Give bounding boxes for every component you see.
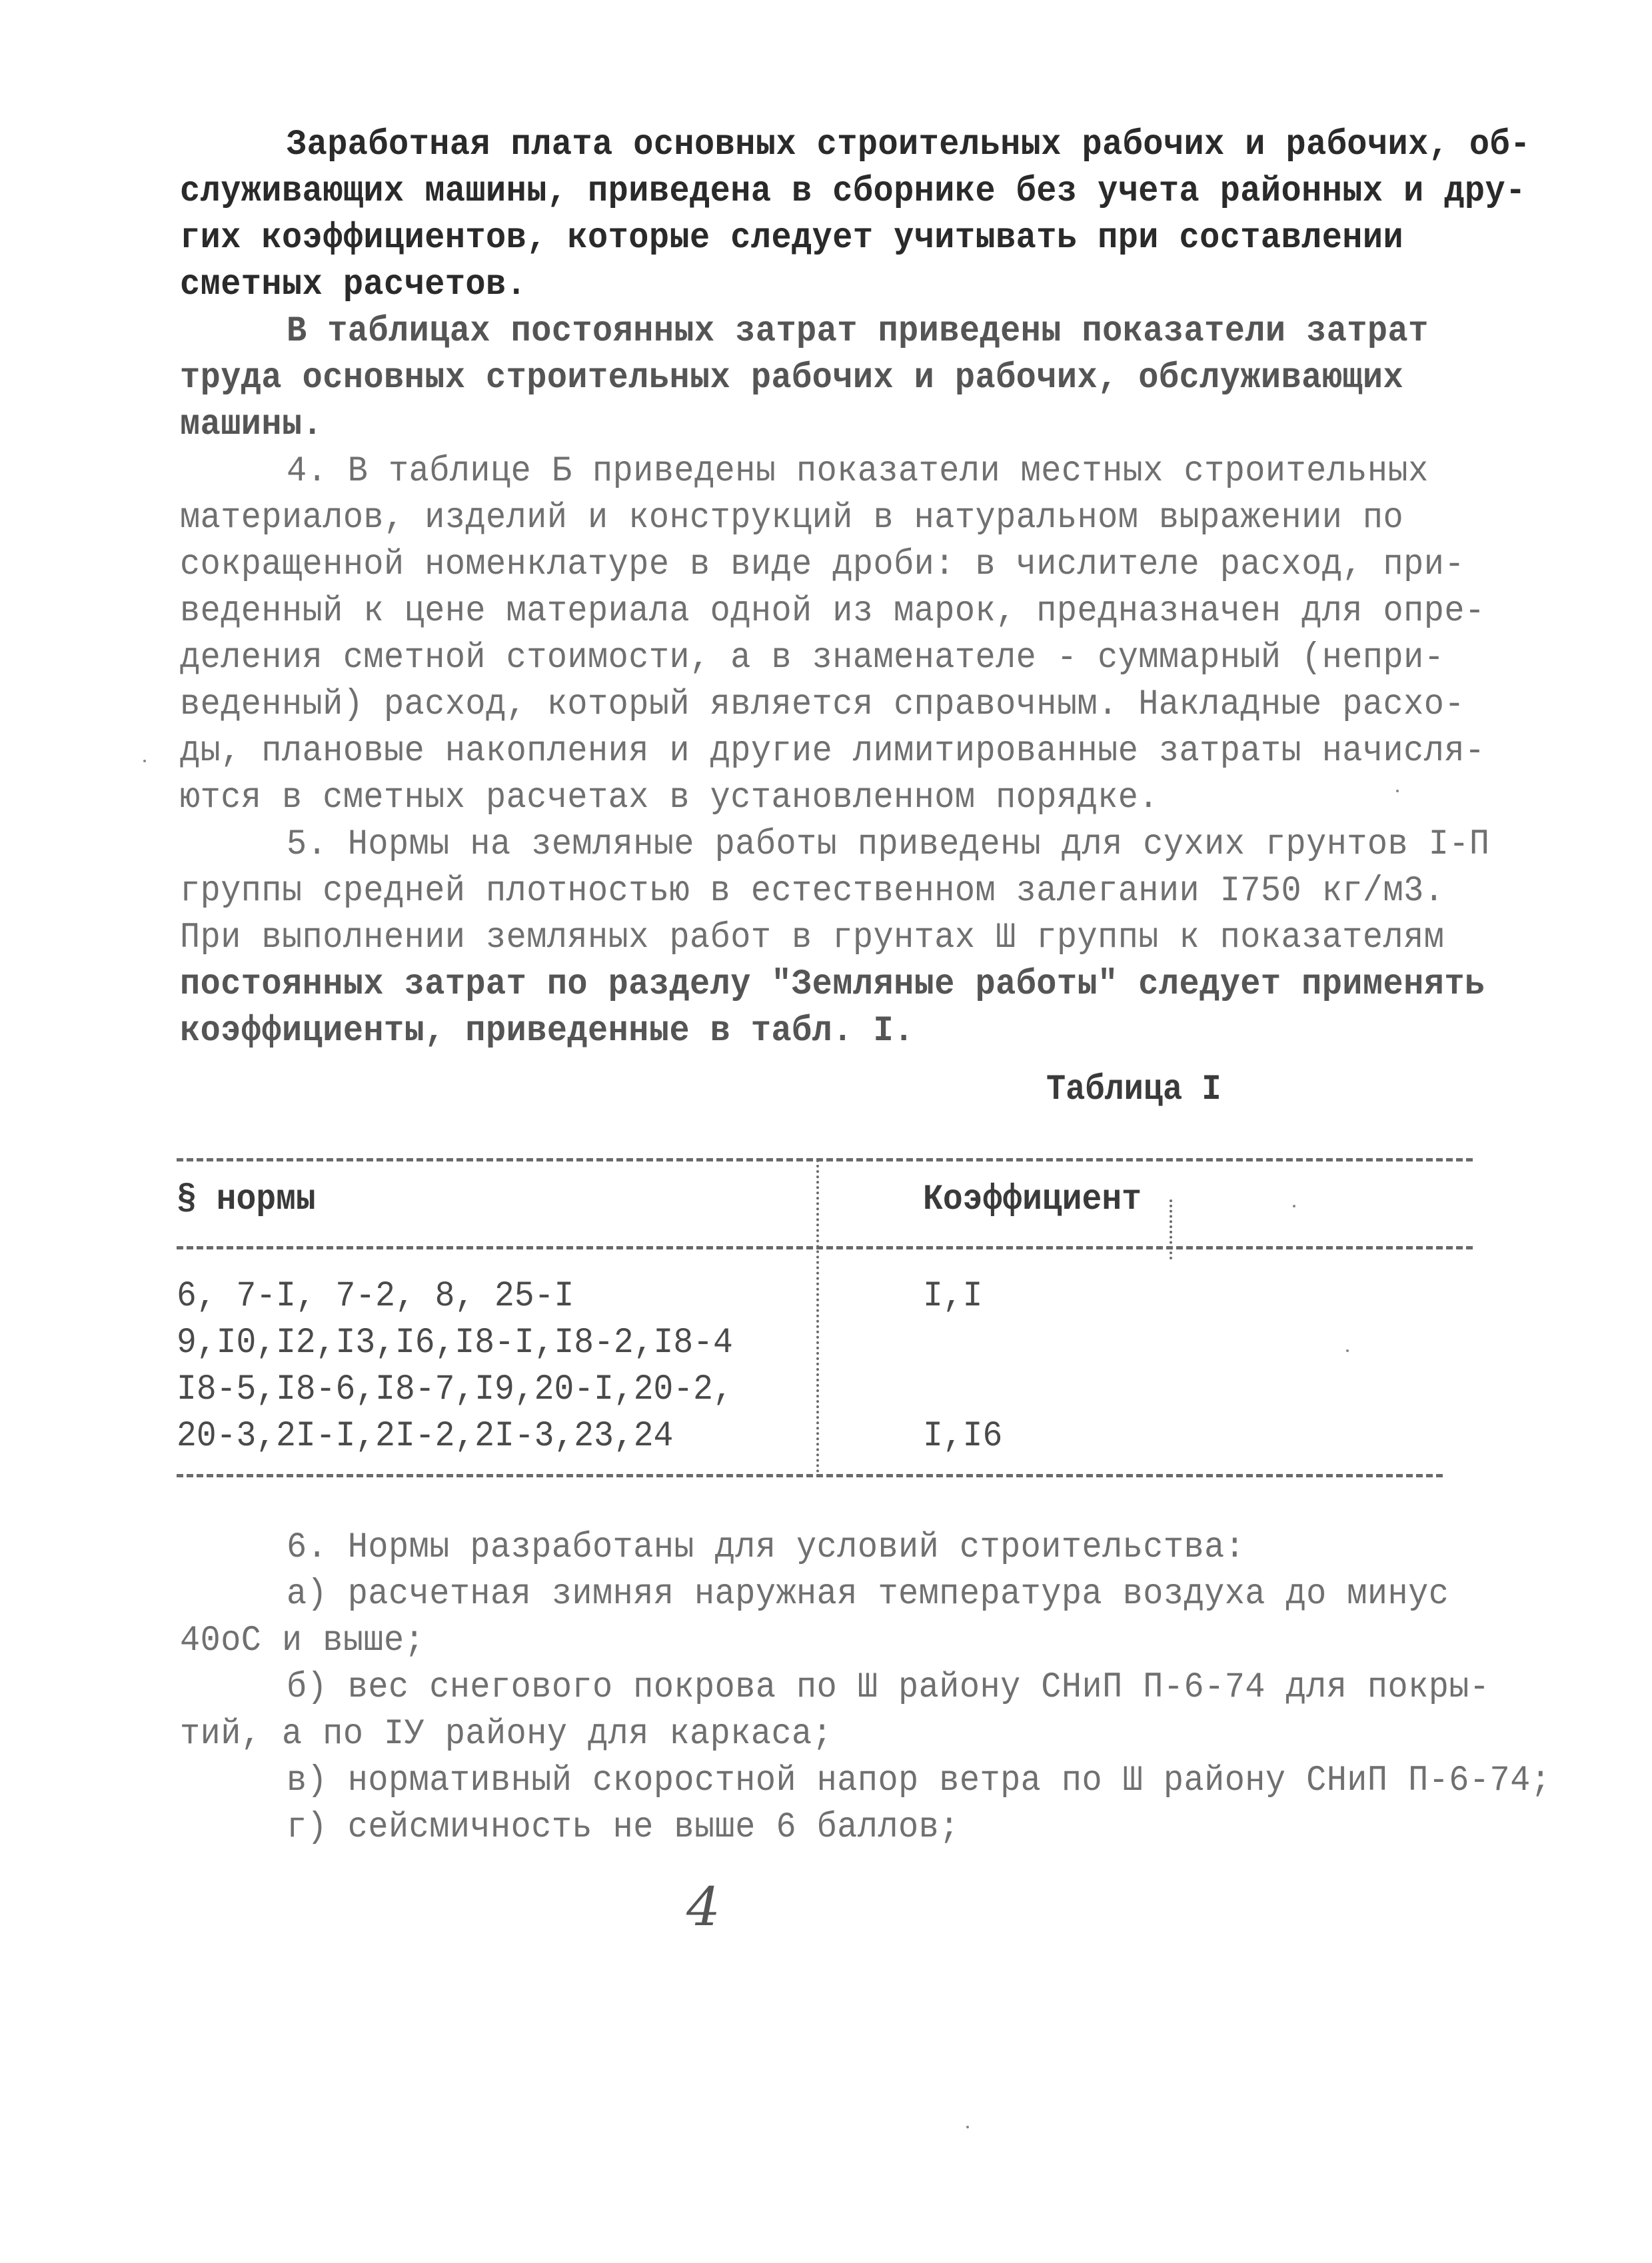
text-line: г) сейсмичность не выше 6 баллов; [287,1806,960,1850]
table-cell-coefficient: I,I6 [923,1416,1002,1457]
table-top-rule [177,1158,1473,1161]
table-header-norms: § нормы [177,1179,316,1220]
text-line: гих коэффициентов, которые следует учиты… [180,217,1403,261]
text-line: сокращенной номенклатуре в виде дроби: в… [180,543,1465,587]
text-line: 6. Нормы разработаны для условий строите… [287,1526,1245,1570]
text-line: группы средней плотностью в естественном… [180,870,1444,914]
text-line: б) вес снегового покрова по Ш району СНи… [287,1666,1490,1710]
table-caption: Таблица I [1046,1070,1221,1110]
text-line: постоянных затрат по разделу "Земляные р… [180,963,1485,1007]
table-column-divider [816,1159,819,1473]
table-cell-coefficient: I,I [923,1276,982,1317]
text-line: тий, а по IУ району для каркаса; [180,1713,832,1757]
table-header-coefficient: Коэффициент [923,1179,1142,1220]
text-line: В таблицах постоянных затрат приведены п… [287,310,1429,354]
text-line: веденный к цене материала одной из марок… [180,590,1485,634]
scan-speck [966,2126,969,2128]
table-cell-norms: 6, 7-I, 7-2, 8, 25-I [177,1276,574,1317]
text-line: сметных расчетов. [180,263,526,307]
scanned-document-page: Заработная плата основных строительных р… [0,0,1652,2263]
text-line: 40оС и выше; [180,1619,424,1663]
text-line: Заработная плата основных строительных р… [287,123,1531,167]
text-line: машины. [180,403,323,447]
page-number: 4 [686,1876,720,1938]
table-cell-norms: I8-5,I8-6,I8-7,I9,20-I,20-2, [177,1369,733,1410]
text-line: труда основных строительных рабочих и ра… [180,357,1403,400]
scan-speck [143,760,146,762]
table-stray-mark [1170,1199,1172,1259]
text-line: При выполнении земляных работ в грунтах … [180,916,1444,960]
text-line: в) нормативный скоростной напор ветра по… [287,1759,1551,1803]
text-line: служивающих машины, приведена в сборнике… [180,170,1526,214]
text-line: а) расчетная зимняя наружная температура… [287,1573,1449,1617]
text-line: веденный) расход, который является справ… [180,683,1465,727]
text-line: ды, плановые накопления и другие лимитир… [180,730,1485,774]
text-line: ются в сметных расчетах в установленном … [180,776,1159,820]
table-bottom-rule [177,1474,1443,1477]
text-line: материалов, изделий и конструкций в нату… [180,496,1403,540]
scan-speck [1396,790,1399,792]
table-cell-norms: 9,I0,I2,I3,I6,I8-I,I8-2,I8-4 [177,1323,733,1363]
text-line: коэффициенты, приведенные в табл. I. [180,1010,914,1054]
scan-speck [1346,1349,1349,1352]
table-header-rule [177,1246,1473,1249]
table-cell-norms: 20-3,2I-I,2I-2,2I-3,23,24 [177,1416,673,1457]
scan-speck [1293,1205,1295,1207]
text-line: деления сметной стоимости, а в знаменате… [180,636,1444,680]
text-line: 5. Нормы на земляные работы приведены дл… [287,823,1490,867]
text-line: 4. В таблице Б приведены показатели мест… [287,450,1429,494]
